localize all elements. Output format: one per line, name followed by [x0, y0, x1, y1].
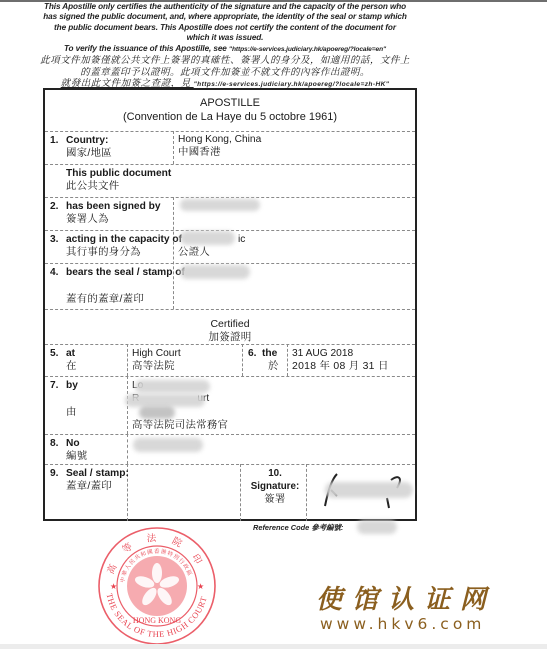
high-court-seal: 高 等 法 院 印 鑑 中華人民共和國香港特別行政區 THE SEAL OF T… [96, 525, 218, 647]
svg-text:HONG KONG: HONG KONG [133, 616, 181, 625]
at-label: 5.at 在 [50, 347, 77, 373]
country-value: Hong Kong, China 中國香港 [178, 133, 261, 159]
redacted-number [133, 438, 203, 452]
at-value: High Court 高等法院 [132, 347, 181, 373]
capacity-label: 3.acting in the capacity of 其行事的身分為 [50, 233, 182, 259]
bottom-border [0, 644, 547, 649]
watermark: 使馆认证网 www.hkv6.com [316, 585, 536, 633]
disclaimer-en-line: This Apostille only certifies the authen… [40, 2, 410, 12]
svg-text:★: ★ [197, 582, 204, 591]
apostille-title: APOSTILLE [45, 96, 415, 110]
disclaimer-en-line: the public document bears. This Apostill… [40, 23, 410, 33]
redacted-official-extra [139, 406, 175, 419]
certified-heading: Certified [45, 317, 415, 331]
verify-prefix: To verify the issuance of this Apostille… [64, 44, 229, 53]
disclaimer-en-line: which it was issued. [40, 33, 410, 43]
date-value: 31 AUG 2018 2018 年 08 月 31 日 [292, 347, 389, 373]
signed-by-label: 2.has been signed by 簽署人為 [50, 200, 161, 226]
verify-url-zh: "https://e-services.judiciary.hk/apoereg… [194, 81, 390, 88]
disclaimer-zh-line: 此項文件加簽僅就公共文件上簽署的真確性、簽署人的身分及，如適用的話，文件上 [40, 55, 410, 67]
redacted-seal-of [180, 265, 250, 279]
signature-label: 10. Signature: 簽署 [244, 467, 306, 506]
seal-stamp-label: 9.Seal / stamp: 蓋章/蓋印 [50, 467, 129, 493]
seal-of-label: 4.bears the seal / stamp of 蓋有的蓋章/蓋印 [50, 266, 185, 306]
redacted-reference-code [357, 520, 397, 534]
watermark-url: www.hkv6.com [316, 615, 536, 633]
disclaimer-en-line: has signed the public document, and, whe… [40, 12, 410, 22]
apostille-disclaimer: This Apostille only certifies the authen… [40, 2, 410, 91]
redacted-signature [325, 482, 413, 498]
apostille-certificate: APOSTILLE (Convention de La Haye du 5 oc… [43, 88, 417, 521]
apostille-subtitle: (Convention de La Haye du 5 octobre 1961… [45, 110, 415, 124]
redacted-official-name [135, 380, 210, 393]
redacted-signer-name [180, 199, 260, 211]
watermark-cn: 使馆认证网 [316, 585, 536, 615]
verify-line-en: To verify the issuance of this Apostille… [40, 44, 410, 55]
redacted-capacity [180, 231, 235, 245]
country-label: 1.Country: 國家/地區 [50, 134, 112, 160]
no-label: 8.No 編號 [50, 437, 87, 463]
svg-text:★: ★ [110, 582, 117, 591]
public-document-label: This public document 此公共文件 [66, 167, 171, 193]
disclaimer-zh-line: 的蓋章蓋印予以證明。此項文件加簽並不就文件的內容作出證明。 [40, 67, 410, 79]
the-label: 6.the 於 [248, 347, 279, 373]
verify-url-en: "https://e-services.judiciary.hk/apoereg… [229, 46, 386, 53]
certified-heading-zh: 加簽證明 [45, 330, 415, 344]
reference-code: Reference Code 參考編號: [253, 522, 343, 533]
by-label: 7.by 由 [50, 379, 78, 419]
